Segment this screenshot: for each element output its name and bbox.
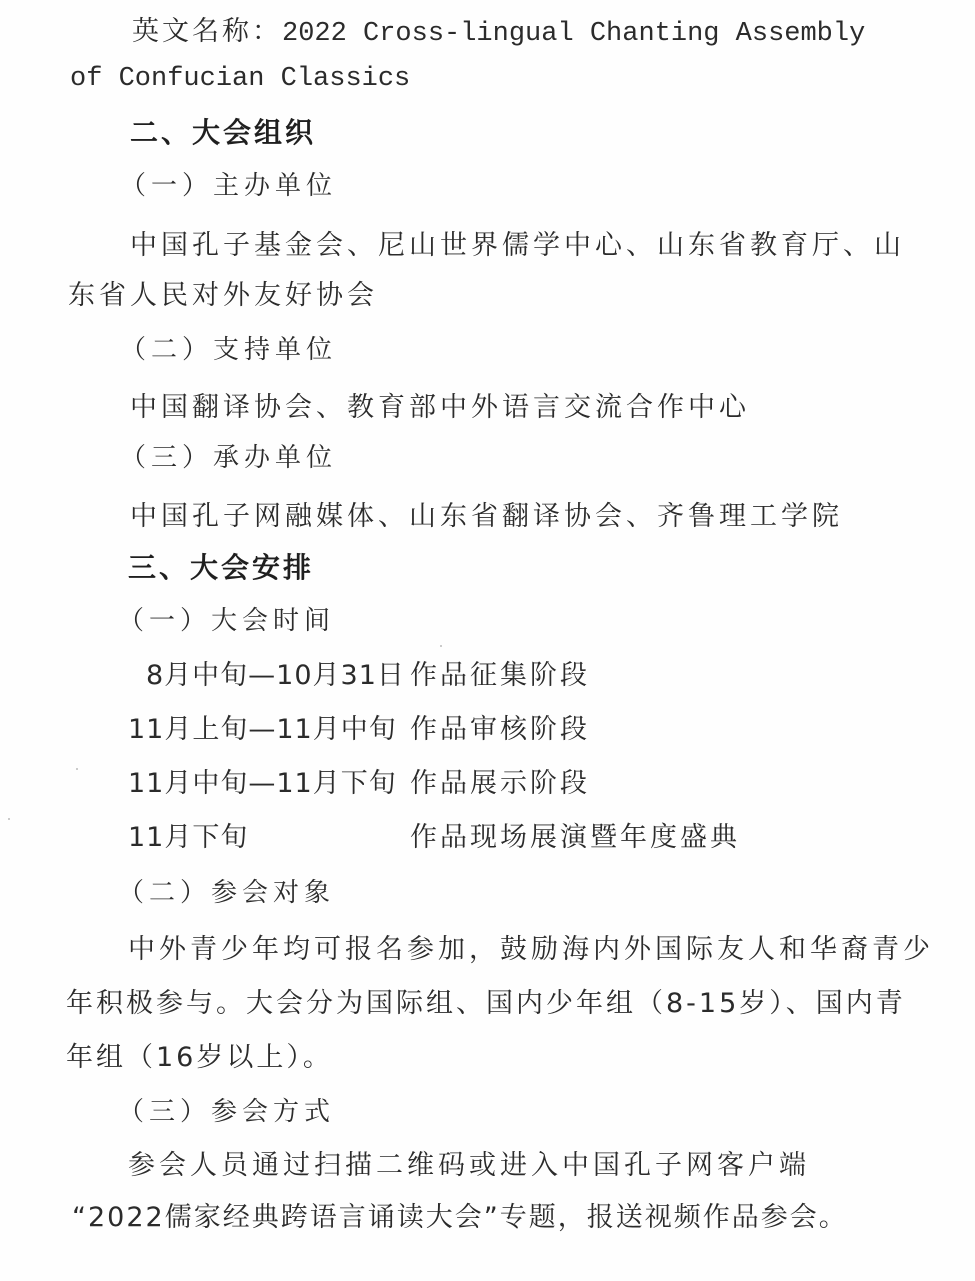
document-page: 英文名称：2022 Cross-lingual Chanting Assembl… xyxy=(0,0,975,1281)
subheading-method: （三）参会方式 xyxy=(118,1092,335,1132)
english-name-label: 英文名称： xyxy=(132,16,282,47)
method-text-line2: “2022儒家经典跨语言诵读大会”专题，报送视频作品参会。 xyxy=(72,1198,848,1238)
scan-speck xyxy=(8,818,10,820)
participants-text-line3: 年组（16岁以上）。 xyxy=(66,1038,333,1078)
subheading-undertaker: （三）承办单位 xyxy=(120,438,337,478)
schedule-date: 11月下旬 xyxy=(128,818,410,858)
schedule-date: 11月上旬—11月中旬 xyxy=(128,710,410,750)
subheading-supporter: （二）支持单位 xyxy=(120,330,337,370)
organizer-text-line1: 中国孔子基金会、尼山世界儒学中心、山东省教育厅、山 xyxy=(130,226,905,266)
schedule-stage: 作品审核阶段 xyxy=(410,710,590,750)
schedule-stage: 作品征集阶段 xyxy=(410,656,590,696)
participants-text-line2: 年积极参与。大会分为国际组、国内少年组（8-15岁）、国内青 xyxy=(66,984,906,1024)
schedule-date: 8月中旬—10月31日 xyxy=(146,656,410,696)
english-name-line1: 英文名称：2022 Cross-lingual Chanting Assembl… xyxy=(132,12,865,54)
schedule-row: 11月上旬—11月中旬作品审核阶段 xyxy=(128,710,590,750)
schedule-row: 11月中旬—11月下旬作品展示阶段 xyxy=(128,764,590,804)
subheading-organizer: （一）主办单位 xyxy=(120,166,337,206)
undertaker-text: 中国孔子网融媒体、山东省翻译协会、齐鲁理工学院 xyxy=(130,497,843,537)
organizer-text-line2: 东省人民对外友好协会 xyxy=(68,276,378,316)
scan-speck xyxy=(76,768,78,770)
schedule-stage: 作品现场展演暨年度盛典 xyxy=(410,818,740,858)
schedule-stage: 作品展示阶段 xyxy=(410,764,590,804)
supporter-text: 中国翻译协会、教育部中外语言交流合作中心 xyxy=(130,388,750,428)
english-name-line2: of Confucian Classics xyxy=(70,59,410,99)
section-heading-arrangement: 三、大会安排 xyxy=(128,548,314,588)
schedule-date: 11月中旬—11月下旬 xyxy=(128,764,410,804)
english-name-value: 2022 Cross-lingual Chanting Assembly xyxy=(282,19,865,49)
schedule-row: 8月中旬—10月31日作品征集阶段 xyxy=(146,656,590,696)
section-heading-organization: 二、大会组织 xyxy=(130,113,316,153)
scan-speck xyxy=(440,645,442,647)
method-text-line1: 参会人员通过扫描二维码或进入中国孔子网客户端 xyxy=(128,1146,810,1186)
schedule-row: 11月下旬作品现场展演暨年度盛典 xyxy=(128,818,740,858)
participants-text-line1: 中外青少年均可报名参加，鼓励海内外国际友人和华裔青少 xyxy=(128,930,934,970)
subheading-participants: （二）参会对象 xyxy=(118,873,335,913)
subheading-time: （一）大会时间 xyxy=(118,601,335,641)
